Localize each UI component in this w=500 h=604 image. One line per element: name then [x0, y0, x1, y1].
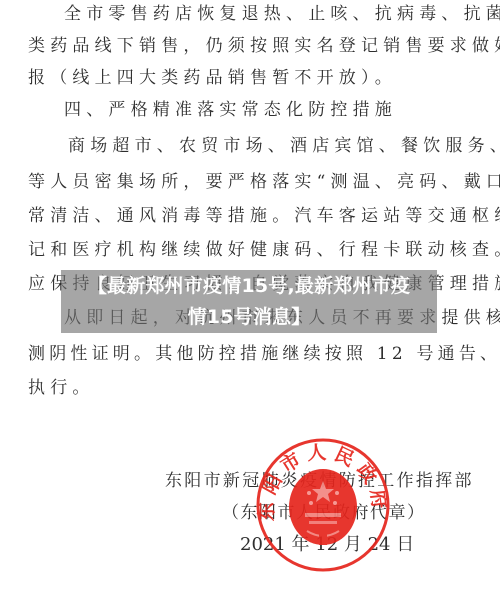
- body-line-5: 商场超市、农贸市场、酒店宾馆、餐饮服务、旅游景区: [68, 136, 500, 156]
- section-heading: 四、严格精准落实常态化防控措施: [64, 100, 397, 120]
- document-page: 全市零售药店恢复退热、止咳、抗病毒、抗菌素等四大 类药品线下销售，仍须按照实名登…: [0, 0, 500, 604]
- overlay-title-line-2: 情15号消息】: [69, 302, 429, 333]
- body-line-6: 等人员密集场所，要严格落实“测温、亮码、戴口罩”和日: [28, 172, 500, 192]
- body-line-11: 测阴性证明。其他防控措施继续按照 12 号通告、13 号通告: [28, 344, 500, 364]
- body-line-7: 常清洁、通风消毒等措施。汽车客运站等交通枢纽、住宿登: [28, 206, 500, 226]
- title-overlay-banner: 【最新郑州市疫情15号,最新郑州市疫 情15号消息】: [61, 270, 437, 333]
- overlay-title-line-1: 【最新郑州市疫情15号,最新郑州市疫: [69, 271, 429, 302]
- body-line-3: 报（线上四大类药品销售暂不开放）。: [28, 68, 397, 88]
- body-line-8: 记和医疗机构继续做好健康码、行程卡联动核查。广大市民: [28, 240, 500, 260]
- official-seal-stamp: 东阳市人民政府: [255, 437, 391, 573]
- body-line-1: 全市零售药店恢复退热、止咳、抗病毒、抗菌素等四大: [64, 4, 500, 24]
- body-line-12: 执行。: [28, 378, 95, 398]
- body-line-2: 类药品线下销售，仍须按照实名登记销售要求做好监测和上: [28, 36, 500, 56]
- national-emblem-icon: [289, 469, 357, 545]
